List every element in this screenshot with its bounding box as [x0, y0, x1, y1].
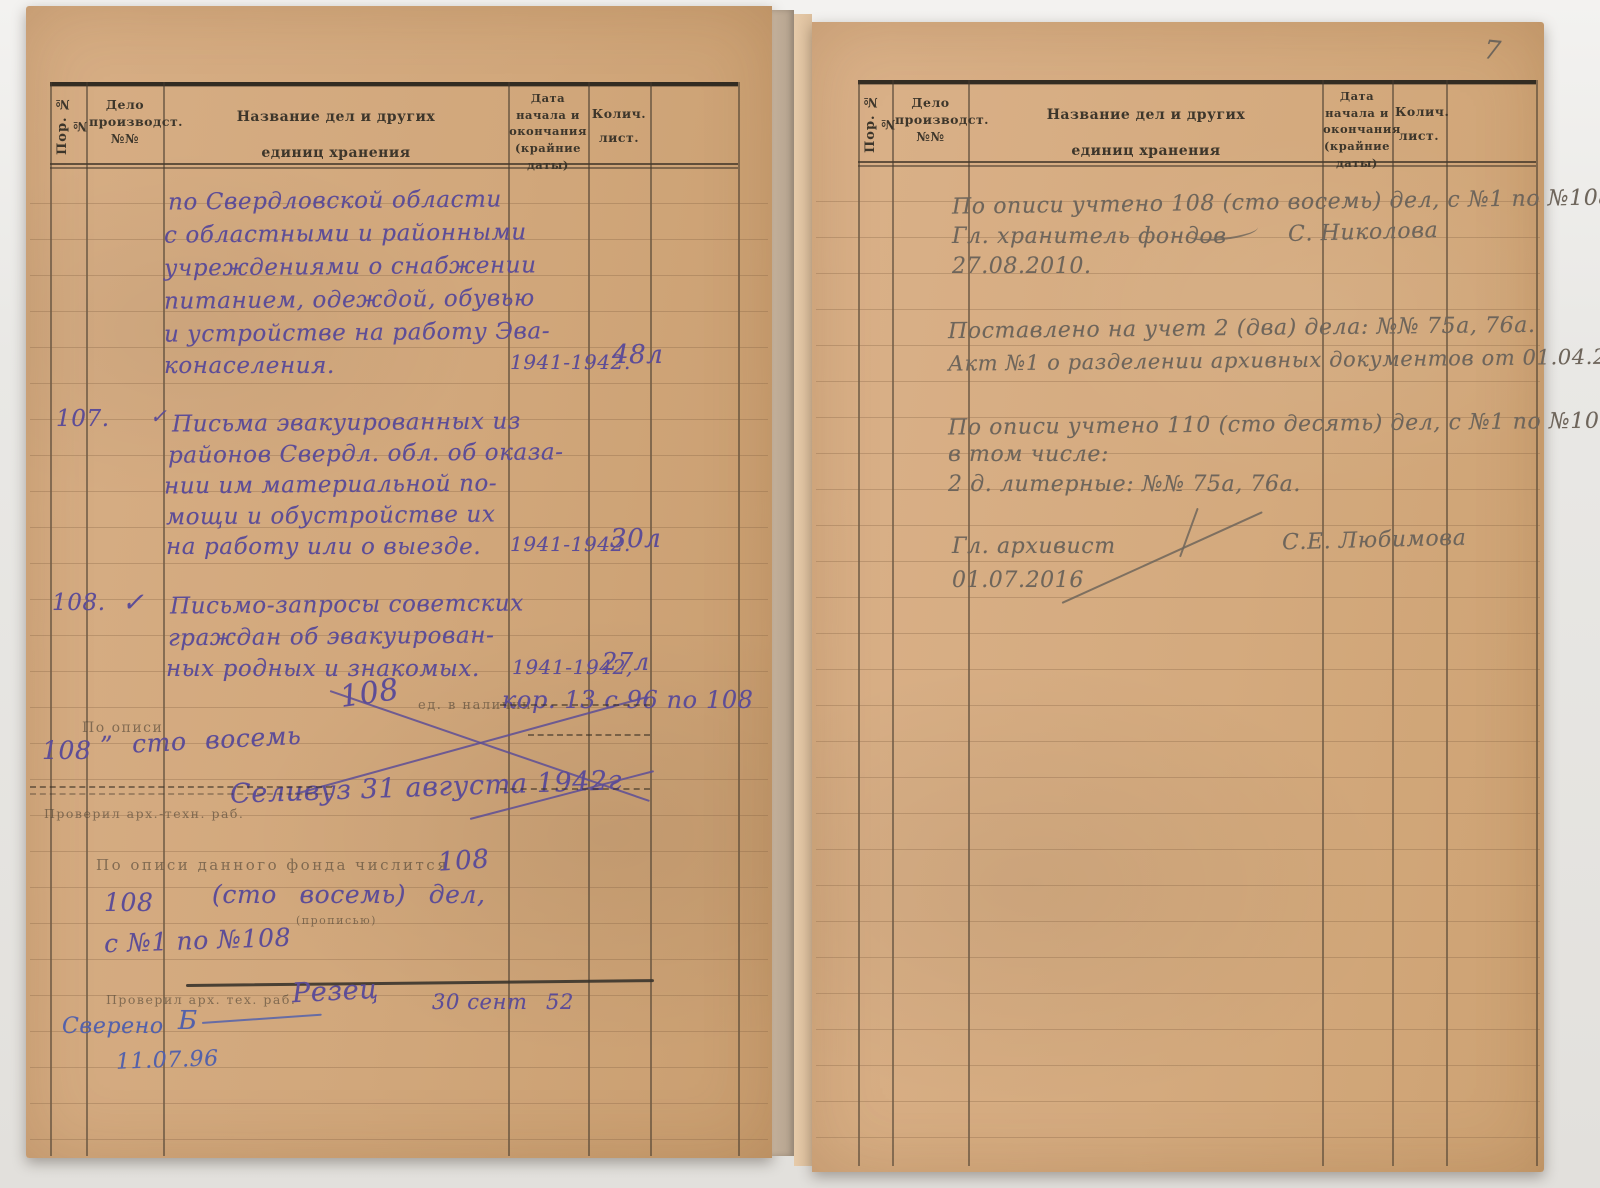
entry-count: 48л [612, 340, 663, 370]
verified-date: 11.07.96 [116, 1046, 220, 1075]
entry-line: районов Свердл. обл. об оказа- [168, 439, 564, 468]
check-date-year: 52 [546, 990, 574, 1014]
dotted-rule [528, 734, 650, 736]
verified-signature: Б [178, 1006, 198, 1036]
binding-inner-margin [794, 14, 812, 1166]
header-col-kolich: Колич. лист. [591, 102, 647, 150]
table-top-border-left [50, 82, 738, 86]
entry-line: по Свердловской области [168, 187, 502, 216]
entry-count: 30л [610, 524, 661, 554]
check-date-month: 30 сент [432, 990, 528, 1014]
fund-stamp-text: По описи данного фонда числится [96, 856, 449, 874]
dotted-rule [30, 786, 332, 788]
header-col-data: Дата начала и окончания (крайние даты) [509, 90, 587, 173]
header-col-nazvanie: Название дел и других единиц хранения [205, 99, 467, 172]
entry-number: 107. [56, 406, 110, 432]
total-number: 108 [42, 736, 92, 765]
entry-number: 108. [52, 590, 106, 616]
entry-line: конаселения. [164, 353, 335, 379]
check-mark: ✓ [150, 404, 167, 428]
entry-line: мощи и обустройстве их [166, 502, 496, 531]
entry-line: на работу или о выезде. [166, 534, 481, 560]
header-col-delo: Дело производст. №№ [895, 95, 966, 146]
boxes-note: кор. 13 с 96 по 108 [502, 686, 754, 714]
checker-signature: Резец [291, 974, 379, 1009]
record-2016-date: 01.07.2016 [952, 568, 1084, 593]
entry-count: 27л [602, 648, 650, 676]
record-2016-name: С.Е. Любимова [1282, 526, 1467, 556]
entry-line: нии им материальной по- [164, 471, 497, 500]
header-col-data: Дата начала и окончания (крайние даты) [1323, 88, 1391, 171]
record-2010-name: С. Николова [1288, 218, 1439, 247]
dotted-rule [500, 704, 650, 706]
record-2016-role: Гл. архивист [952, 534, 1116, 559]
record-2016-total-line2: в том числе: [948, 442, 1109, 467]
entry-line: и устройстве на работу Эва- [164, 318, 550, 347]
fund-total-words: (сто восемь) дел, [212, 880, 486, 909]
printed-checked-by-2: Проверил арх. тех. раб. [106, 992, 296, 1007]
fund-total-number: 108 [104, 888, 154, 917]
table-top-border-right [858, 80, 1536, 84]
printed-checked-by: Проверил арх.-техн. раб. [44, 806, 244, 821]
header-col-por: Пор. №№ [54, 92, 82, 158]
dotted-rule [30, 793, 332, 795]
printed-propisyu: (прописью) [296, 914, 377, 927]
verified-label: Сверено [62, 1014, 164, 1039]
entry-line: граждан об эвакуирован- [168, 623, 495, 652]
header-col-nazvanie: Название дел и других единиц хранения [1014, 97, 1278, 170]
fund-stamp-number: 108 [437, 844, 490, 878]
binding-fold [772, 10, 794, 1156]
entry-line: ных родных и знакомых. [166, 656, 480, 682]
header-col-kolich: Колич. лист. [1395, 100, 1443, 148]
entry-line: Письмо-запросы советских [170, 590, 524, 619]
check-mark: ✓ [122, 588, 144, 618]
dotted-rule [500, 788, 650, 790]
record-2010-date: 27.08.2010. [952, 254, 1092, 279]
entry-line: с областными и районными [164, 219, 527, 248]
page-number: 7 [1482, 35, 1502, 67]
record-2016-total-line3: 2 д. литерные: №№ 75а, 76а. [948, 472, 1301, 497]
entry-line: Письма эвакуированных из [172, 408, 521, 437]
record-2010-role: Гл. хранитель фондов [952, 224, 1227, 249]
entry-line: учреждениями о снабжении [164, 252, 537, 281]
header-col-delo: Дело производст. №№ [89, 97, 161, 148]
archive-inventory-scan: Пор. №№ Дело производст. №№ Название дел… [0, 0, 1600, 1188]
header-col-por: Пор. №№ [862, 90, 888, 156]
entry-line: питанием, одеждой, обувью [164, 285, 535, 314]
